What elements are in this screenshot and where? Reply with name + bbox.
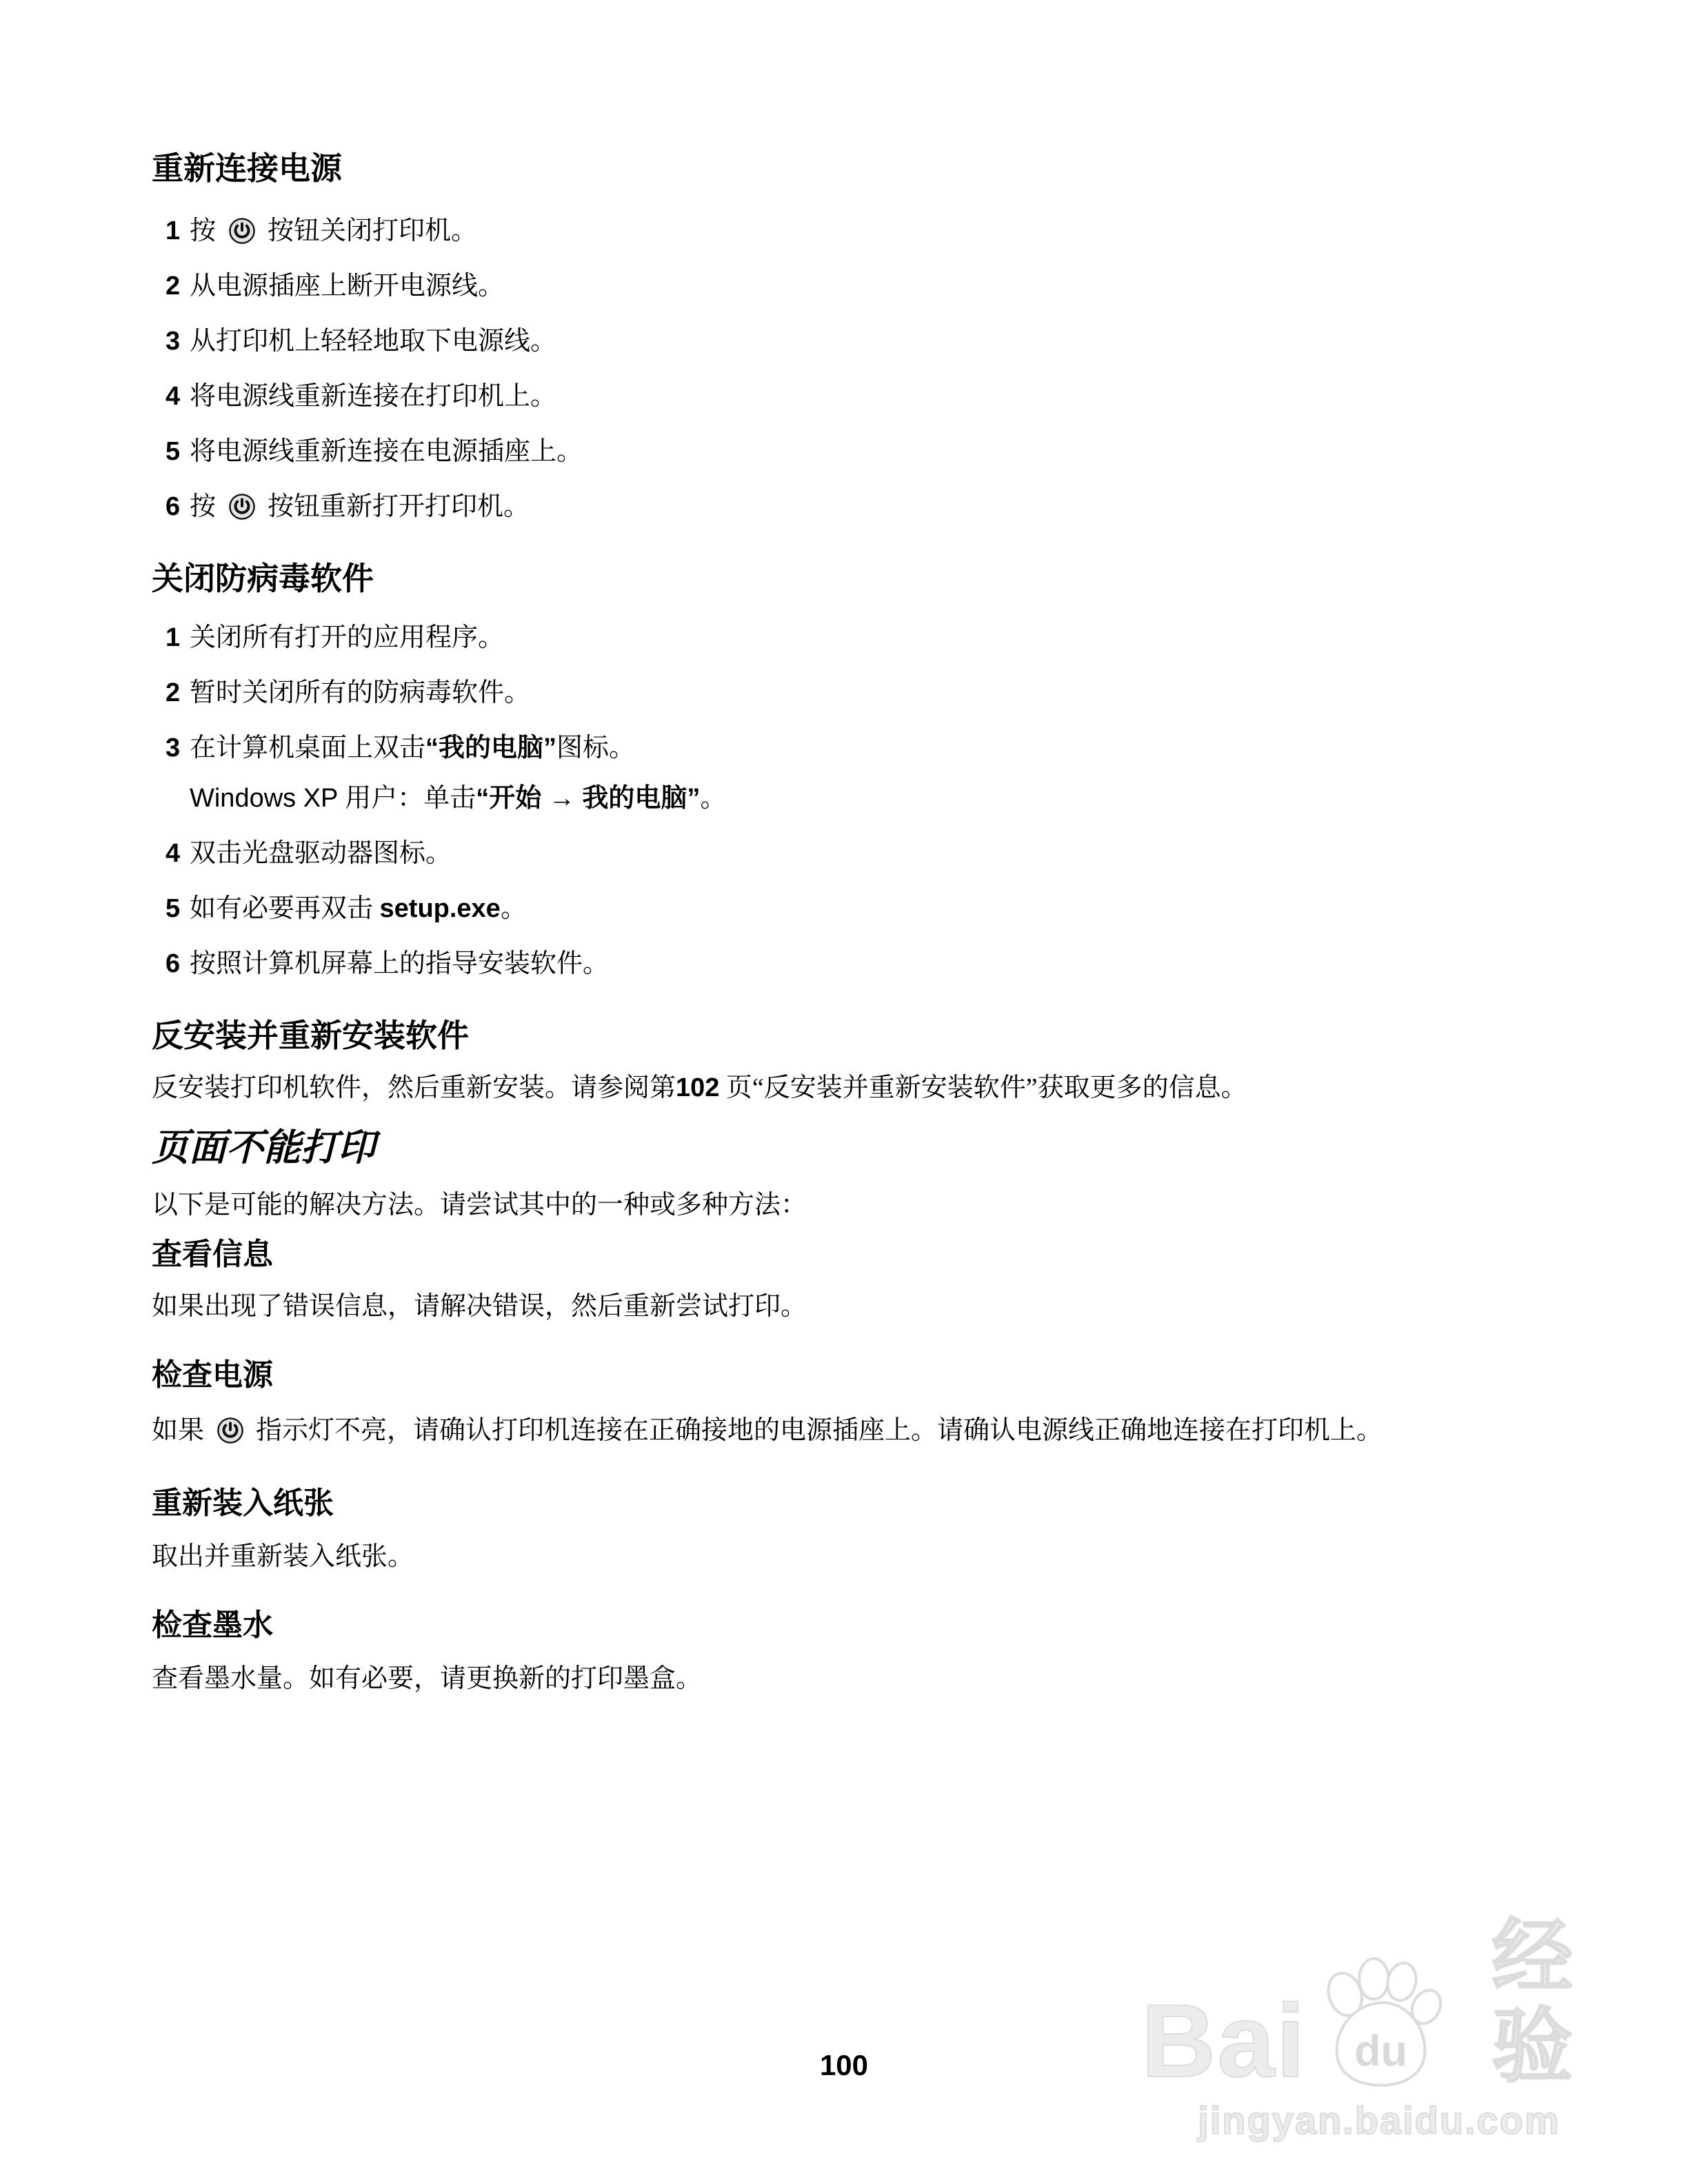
step-text: 从打印机上轻轻地取下电源线。 bbox=[190, 327, 556, 356]
step-text-pre: 按 bbox=[190, 216, 223, 245]
subheading-check-power: 检查电源 bbox=[152, 1357, 1536, 1393]
close-antivirus-steps: 1 关闭所有打开的应用程序。 2 暂时关闭所有的防病毒软件。 3 在计算机桌面上… bbox=[152, 623, 1536, 979]
step-item: 2 暂时关闭所有的防病毒软件。 bbox=[152, 678, 1536, 708]
step-number: 6 bbox=[165, 492, 180, 522]
reinstall-body: 反安装打印机软件，然后重新安装。请参阅第102 页“反安装并重新安装软件”获取更… bbox=[152, 1073, 1536, 1103]
step-item: 1 关闭所有打开的应用程序。 bbox=[152, 623, 1536, 653]
sub-line-pre: 用户：单击 bbox=[345, 784, 476, 813]
step-text-post: 图标。 bbox=[556, 734, 635, 762]
step-text: 将电源线重新连接在电源插座上。 bbox=[190, 437, 583, 466]
step-text-bold: “我的电脑” bbox=[425, 734, 556, 762]
step-number: 3 bbox=[165, 733, 180, 763]
step-number: 5 bbox=[165, 436, 180, 467]
step-item: 5 将电源线重新连接在电源插座上。 bbox=[152, 436, 1536, 467]
check-ink-body: 查看墨水量。如有必要，请更换新的打印墨盒。 bbox=[152, 1664, 1536, 1694]
step-item: 6 按 按钮重新打开打印机。 bbox=[152, 492, 1536, 522]
step-text: 关闭所有打开的应用程序。 bbox=[190, 623, 504, 652]
page-ref-number: 102 bbox=[676, 1073, 719, 1102]
step-text-pre: 如有必要再双击 bbox=[190, 894, 380, 923]
body-pre: 反安装打印机软件，然后重新安装。请参阅第 bbox=[152, 1073, 676, 1102]
step-text: 双击光盘驱动器图标。 bbox=[190, 839, 452, 868]
subheading-check-message: 查看信息 bbox=[152, 1237, 1536, 1272]
step-text-post: 按钮关闭打印机。 bbox=[261, 216, 478, 245]
step-number: 2 bbox=[165, 271, 180, 301]
watermark-url: jingyan.baidu.com bbox=[1141, 2099, 1617, 2142]
reload-paper-body: 取出并重新装入纸张。 bbox=[152, 1541, 1536, 1572]
step-main-line: 在计算机桌面上双击“我的电脑”图标。 bbox=[190, 733, 1536, 763]
step-item: 3 从打印机上轻轻地取下电源线。 bbox=[152, 326, 1536, 356]
step-number: 4 bbox=[165, 838, 180, 869]
step-item: 6 按照计算机屏幕上的指导安装软件。 bbox=[152, 949, 1536, 979]
step-text-pre: 按 bbox=[190, 492, 223, 521]
step-number: 2 bbox=[165, 678, 180, 708]
power-icon bbox=[217, 1417, 244, 1444]
chapter-intro: 以下是可能的解决方法。请尝试其中的一种或多种方法： bbox=[152, 1190, 1536, 1220]
step-text: 按照计算机屏幕上的指导安装软件。 bbox=[190, 949, 609, 978]
page-number: 100 bbox=[0, 2049, 1688, 2082]
section-close-antivirus: 关闭防病毒软件 1 关闭所有打开的应用程序。 2 暂时关闭所有的防病毒软件。 3… bbox=[152, 560, 1536, 979]
step-item: 2 从电源插座上断开电源线。 bbox=[152, 271, 1536, 301]
step-text-bold: setup.exe bbox=[380, 894, 501, 923]
check-power-body: 如果 指示灯不亮，请确认打印机连接在正确接地的电源插座上。请确认电源线正确地连接… bbox=[152, 1415, 1536, 1446]
step-text-pre: 在计算机桌面上双击 bbox=[190, 734, 425, 762]
step-number: 4 bbox=[165, 381, 180, 412]
step-text: 暂时关闭所有的防病毒软件。 bbox=[190, 678, 530, 707]
sub-line-bold: “开始 → 我的电脑” bbox=[476, 784, 700, 813]
subheading-check-ink: 检查墨水 bbox=[152, 1608, 1536, 1643]
step-item: 4 将电源线重新连接在打印机上。 bbox=[152, 381, 1536, 412]
section-reinstall-software: 反安装并重新安装软件 反安装打印机软件，然后重新安装。请参阅第102 页“反安装… bbox=[152, 1018, 1536, 1103]
step-text-post: 。 bbox=[501, 894, 527, 923]
section-reconnect-power: 重新连接电源 1 按 按钮关闭打印机。 2 从电源插座上断开电源线。 3 从打印… bbox=[152, 150, 1536, 522]
sub-line-latin: Windows XP bbox=[190, 784, 345, 813]
baidu-jingyan-watermark: Bai du 经验 jingyan.baidu.com bbox=[1141, 1913, 1617, 2141]
body-pre: 如果 bbox=[152, 1416, 211, 1445]
step-sub-line: Windows XP 用户：单击“开始 → 我的电脑”。 bbox=[190, 783, 1536, 813]
step-item: 1 按 按钮关闭打印机。 bbox=[152, 216, 1536, 246]
reconnect-power-steps: 1 按 按钮关闭打印机。 2 从电源插座上断开电源线。 3 从打印机上轻轻地取下… bbox=[152, 216, 1536, 522]
sub-line-post: 。 bbox=[700, 784, 726, 813]
step-item: 5 如有必要再双击 setup.exe。 bbox=[152, 893, 1536, 924]
step-number: 1 bbox=[165, 216, 180, 246]
step-number: 6 bbox=[165, 949, 180, 979]
manual-page: 重新连接电源 1 按 按钮关闭打印机。 2 从电源插座上断开电源线。 3 从打印… bbox=[0, 0, 1688, 2184]
step-text: 从电源插座上断开电源线。 bbox=[190, 272, 504, 301]
step-number: 3 bbox=[165, 326, 180, 356]
step-item: 4 双击光盘驱动器图标。 bbox=[152, 838, 1536, 869]
step-text-post: 按钮重新打开打印机。 bbox=[261, 492, 530, 521]
section-heading-reconnect-power: 重新连接电源 bbox=[152, 150, 1536, 187]
step-number: 1 bbox=[165, 623, 180, 653]
step-text: 将电源线重新连接在打印机上。 bbox=[190, 382, 556, 411]
check-message-body: 如果出现了错误信息，请解决错误，然后重新尝试打印。 bbox=[152, 1291, 1536, 1322]
section-heading-close-antivirus: 关闭防病毒软件 bbox=[152, 560, 1536, 597]
power-icon bbox=[228, 217, 256, 245]
power-icon bbox=[228, 493, 256, 520]
step-number: 5 bbox=[165, 893, 180, 924]
step-item: 3 在计算机桌面上双击“我的电脑”图标。 Windows XP 用户：单击“开始… bbox=[152, 733, 1536, 813]
body-post: 页“反安装并重新安装软件”获取更多的信息。 bbox=[719, 1073, 1247, 1102]
body-post: 指示灯不亮，请确认打印机连接在正确接地的电源插座上。请确认电源线正确地连接在打印… bbox=[250, 1416, 1383, 1445]
section-heading-reinstall: 反安装并重新安装软件 bbox=[152, 1018, 1536, 1054]
chapter-title: 页面不能打印 bbox=[152, 1126, 1536, 1169]
subheading-reload-paper: 重新装入纸张 bbox=[152, 1486, 1536, 1521]
section-page-cannot-print: 页面不能打印 以下是可能的解决方法。请尝试其中的一种或多种方法： 查看信息 如果… bbox=[152, 1126, 1536, 1694]
